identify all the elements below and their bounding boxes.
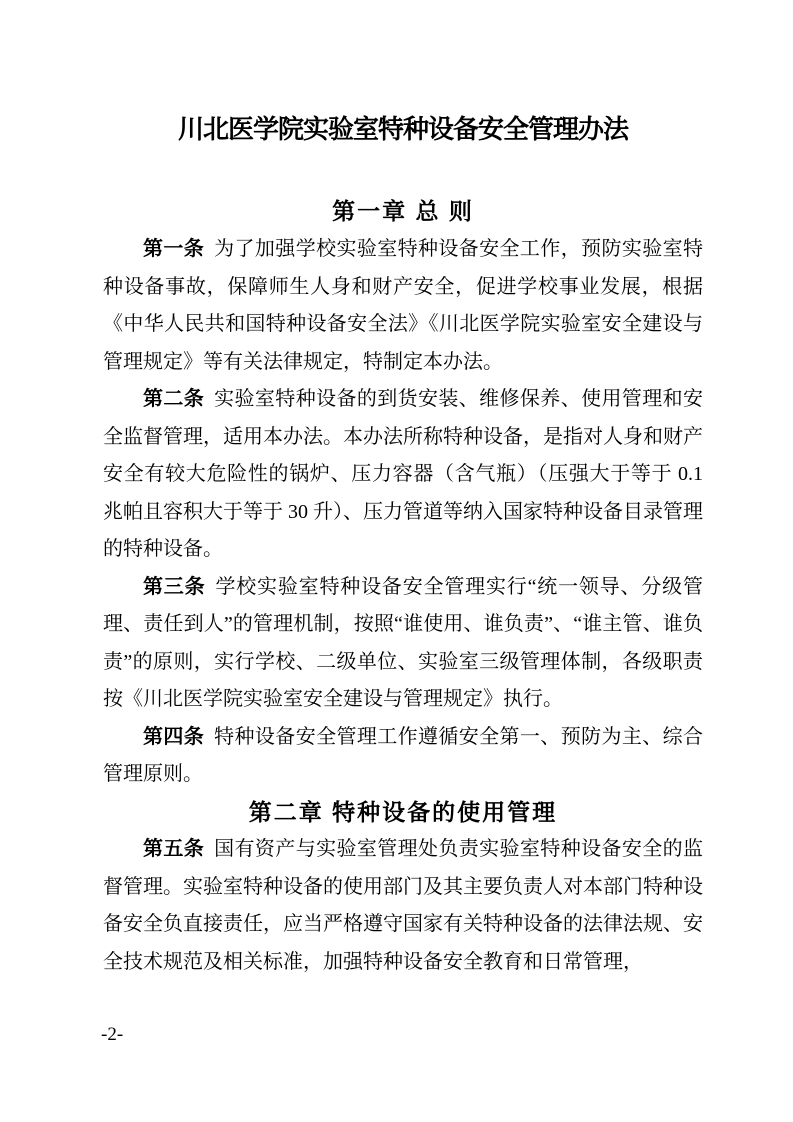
chapter-1-heading: 第一章 总 则: [103, 198, 703, 225]
chapter-2-heading: 第二章 特种设备的使用管理: [103, 794, 703, 832]
article-4-label: 第四条: [143, 726, 204, 748]
article-1: 第一条为了加强学校实验室特种设备安全工作，预防实验室特种设备事故，保障师生人身和…: [103, 231, 703, 381]
document-body: 第一条为了加强学校实验室特种设备安全工作，预防实验室特种设备事故，保障师生人身和…: [103, 231, 703, 981]
article-3-label: 第三条: [143, 576, 205, 598]
article-2-label: 第二条: [143, 388, 204, 410]
article-3: 第三条学校实验室特种设备安全管理实行“统一领导、分级管理、责任到人”的管理机制，…: [103, 569, 703, 719]
page-number: -2-: [101, 1024, 123, 1046]
document-page: 川北医学院实验室特种设备安全管理办法 第一章 总 则 第一条为了加强学校实验室特…: [0, 0, 793, 1122]
article-2: 第二条实验室特种设备的到货安装、维修保养、使用管理和安全监督管理，适用本办法。本…: [103, 381, 703, 569]
article-1-label: 第一条: [143, 238, 204, 260]
article-5-label: 第五条: [143, 838, 204, 860]
document-title: 川北医学院实验室特种设备安全管理办法: [103, 113, 703, 146]
article-5: 第五条国有资产与实验室管理处负责实验室特种设备安全的监督管理。实验室特种设备的使…: [103, 831, 703, 981]
document-content: 川北医学院实验室特种设备安全管理办法 第一章 总 则 第一条为了加强学校实验室特…: [103, 0, 703, 981]
article-2-text: 实验室特种设备的到货安装、维修保养、使用管理和安全监督管理，适用本办法。本办法所…: [103, 388, 703, 560]
article-4: 第四条特种设备安全管理工作遵循安全第一、预防为主、综合管理原则。: [103, 719, 703, 794]
